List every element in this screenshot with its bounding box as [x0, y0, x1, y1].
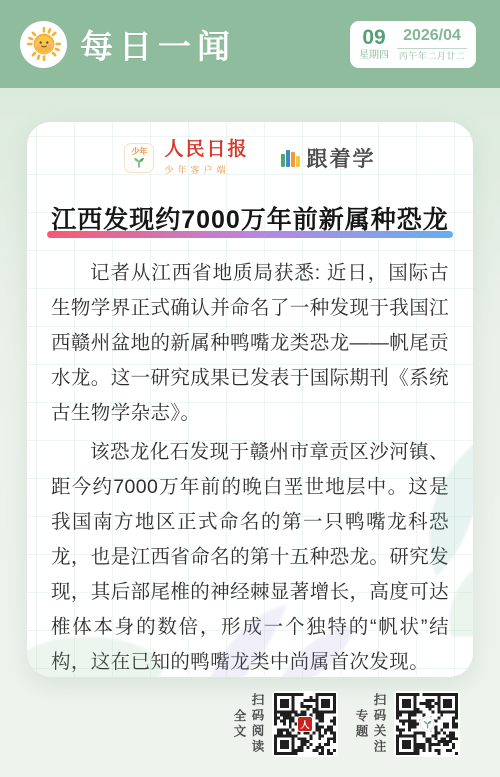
date-year-month: 2026/04 [397, 28, 467, 49]
qr-label-read-full: 扫码阅读全文 [230, 691, 266, 757]
program-box: 跟着学 [281, 143, 376, 173]
date-right: 2026/04 丙午年二月廿二 [397, 28, 467, 61]
headline-wrap: 江西发现约7000万年前新属种恐龙 [51, 200, 449, 236]
masthead-box: 人民日报 少年客户端 [164, 140, 248, 176]
qr-section: 扫码阅读全文 人 扫码关注专题 [230, 691, 460, 757]
shaonian-badge-label: 少年 [131, 148, 147, 156]
masthead-title: 人民日报 [164, 140, 248, 161]
date-lunar: 丙午年二月廿二 [397, 52, 467, 61]
page-title: 每日一闻 [80, 21, 236, 68]
top-banner: 每日一闻 09 星期四 2026/04 丙午年二月廿二 [0, 0, 500, 88]
date-day: 09 [359, 27, 389, 49]
qr-item-read-full: 扫码阅读全文 人 [230, 691, 338, 757]
program-label: 跟着学 [307, 143, 376, 173]
sprout-icon [132, 156, 146, 168]
brand-row: 少年 人民日报 少年客户端 跟着学 [51, 138, 449, 178]
shaonian-sprout-logo-icon [419, 716, 435, 732]
qr-code-follow-topic [394, 691, 460, 757]
date-card: 09 星期四 2026/04 丙午年二月廿二 [350, 21, 476, 68]
people-daily-logo-icon: 人 [297, 716, 313, 732]
qr-label-follow-topic: 扫码关注专题 [352, 691, 388, 757]
paragraph-2: 该恐龙化石发现于赣州市章贡区沙河镇、距今约7000万年前的晚白垩世地层中。这是我… [51, 435, 449, 677]
date-left: 09 星期四 [359, 27, 389, 62]
sun-icon [25, 25, 63, 63]
books-icon [281, 149, 300, 167]
qr-item-follow-topic: 扫码关注专题 [352, 691, 460, 757]
paragraph-1: 记者从江西省地质局获悉: 近日，国际古生物学界正式确认并命名了一种发现于我国江西… [51, 256, 449, 431]
news-card: 少年 人民日报 少年客户端 跟着学 江西发现约7000万年前新属种恐龙 记者 [27, 122, 473, 677]
shaonian-badge: 少年 [124, 143, 154, 173]
date-weekday: 星期四 [359, 51, 389, 62]
masthead-subtitle: 少年客户端 [164, 163, 248, 176]
sun-badge [20, 21, 67, 68]
article-body: 记者从江西省地质局获悉: 近日，国际古生物学界正式确认并命名了一种发现于我国江西… [51, 256, 449, 677]
sprout-icon [422, 719, 433, 729]
headline: 江西发现约7000万年前新属种恐龙 [51, 200, 449, 236]
qr-code-read-full: 人 [272, 691, 338, 757]
